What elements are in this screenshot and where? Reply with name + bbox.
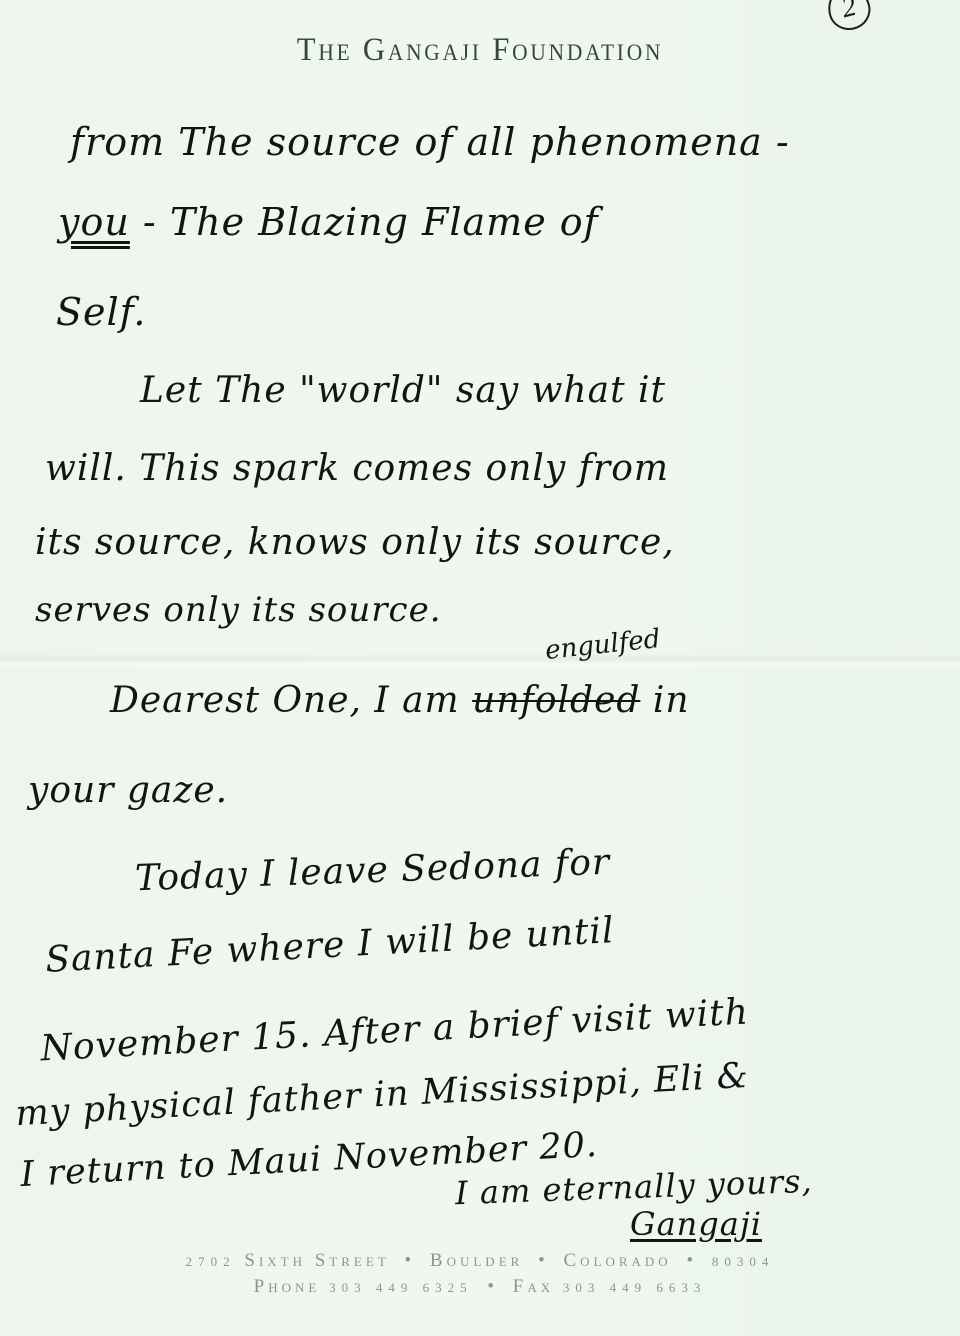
separator-dot: • xyxy=(487,1276,498,1297)
emphasized-word: you xyxy=(58,200,130,244)
letter-line: will. This spark comes only from xyxy=(45,448,669,489)
separator-dot: • xyxy=(405,1250,416,1271)
city: Boulder xyxy=(430,1250,523,1271)
letter-line: serves only its source. xyxy=(35,590,442,630)
crossed-out-word: unfolded xyxy=(472,680,640,721)
separator-dot: • xyxy=(686,1250,697,1271)
letter-line: you - The Blazing Flame of xyxy=(58,200,599,244)
letter-line: its source, knows only its source, xyxy=(35,522,675,563)
handwritten-letter-body: from The source of all phenomena - you -… xyxy=(0,0,960,1336)
letter-line-start: Dearest One, I am xyxy=(110,680,460,721)
phone-number: 303 449 6325 xyxy=(329,1280,473,1295)
street-number: 2702 xyxy=(186,1254,236,1269)
letter-line: my physical father in Mississippi, Eli & xyxy=(14,1056,749,1134)
letter-line: Today I leave Sedona for xyxy=(134,842,610,900)
letter-line: from The source of all phenomena - xyxy=(70,120,790,164)
letter-line-rest: - The Blazing Flame of xyxy=(130,200,599,244)
inserted-correction: engulfed xyxy=(544,624,662,666)
fax-number: 303 449 6633 xyxy=(563,1280,707,1295)
letter-line: Dearest One, I am unfolded in xyxy=(110,680,690,721)
zip-code: 80304 xyxy=(712,1254,775,1269)
letter-line: Santa Fe where I will be until xyxy=(44,910,615,981)
footer-address: 2702 Sixth Street • Boulder • Colorado •… xyxy=(0,1250,960,1272)
letter-line-end: in xyxy=(653,680,690,721)
street-name: Sixth Street xyxy=(244,1250,389,1271)
letter-line: November 15. After a brief visit with xyxy=(39,991,749,1069)
separator-dot: • xyxy=(538,1250,549,1271)
state: Colorado xyxy=(563,1250,671,1271)
signature: Gangaji xyxy=(630,1205,762,1243)
letter-line: your gaze. xyxy=(28,770,228,811)
fax-label: Fax xyxy=(513,1276,554,1297)
phone-label: Phone xyxy=(254,1276,321,1297)
letter-line: Self. xyxy=(56,290,146,334)
letter-line: Let The "world" say what it xyxy=(140,370,666,411)
footer-contact: Phone 303 449 6325 • Fax 303 449 6633 xyxy=(0,1276,960,1298)
